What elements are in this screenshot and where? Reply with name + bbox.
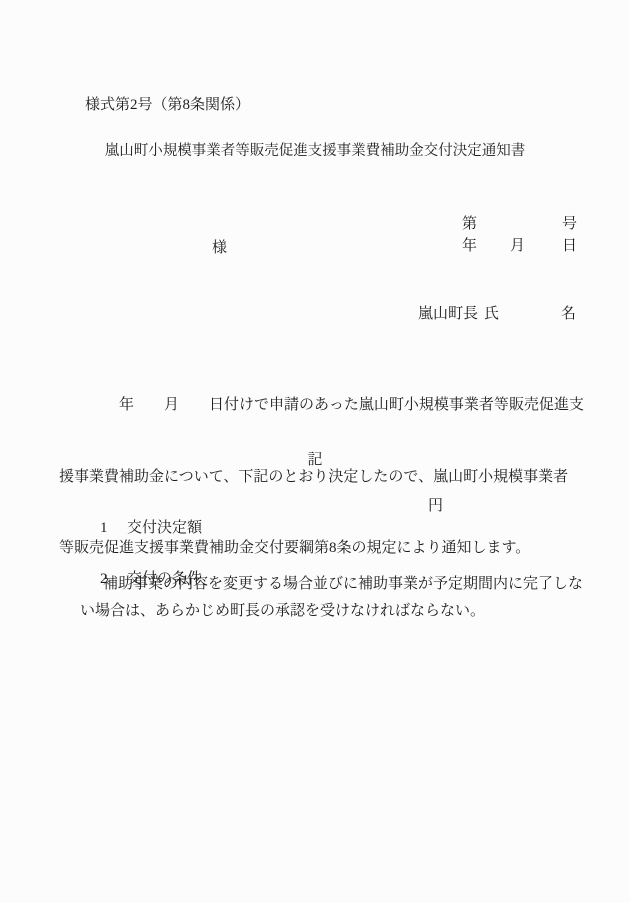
date-month-blank	[525, 249, 562, 250]
date-month-label: 月	[510, 238, 525, 254]
item-2-detail-line-2: い場合は、あらかじめ町長の承認を受けなければならない。	[80, 600, 485, 622]
sender-name-label-last: 名	[561, 306, 576, 322]
form-number: 様式第2号（第8条関係）	[85, 94, 250, 116]
sender-name-blank	[499, 317, 561, 318]
item-1-label: 交付決定額	[127, 520, 202, 536]
ki-heading: 記	[0, 449, 630, 471]
sender-line: 嵐山町長氏名	[403, 281, 576, 347]
document-title: 嵐山町小規模事業者等販売促進支援事業費補助金交付決定通知書	[0, 140, 630, 162]
item-1-unit-yen: 円	[428, 495, 443, 517]
date-line: 年月日	[447, 213, 577, 279]
sender-title: 嵐山町長	[418, 306, 478, 322]
date-year-label: 年	[462, 238, 477, 254]
sender-name-label-first: 氏	[484, 306, 499, 322]
date-year-blank	[477, 249, 510, 250]
body-line-1: 年 月 日付けで申請のあった嵐山町小規模事業者等販売促進支	[59, 392, 581, 420]
item-2-detail-line-1: 補助事業の内容を変更する場合並びに補助事業が予定期間内に完了しな	[103, 573, 583, 595]
document-page: 様式第2号（第8条関係） 嵐山町小規模事業者等販売促進支援事業費補助金交付決定通…	[0, 0, 630, 903]
item-1-number: 1	[100, 517, 127, 539]
addressee-honorific: 様	[212, 237, 227, 259]
date-day-label: 日	[562, 238, 577, 254]
